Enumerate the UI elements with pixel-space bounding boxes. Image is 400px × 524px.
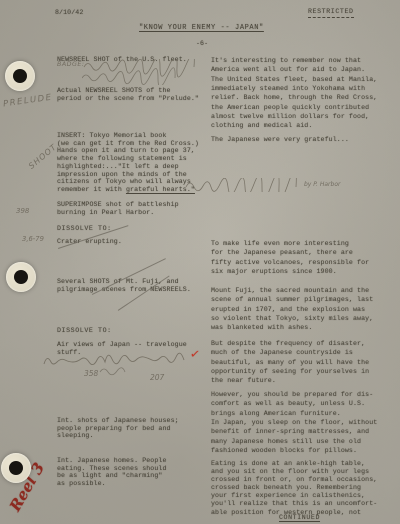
- pencil-scribble-top: [82, 59, 207, 85]
- pencil-number-36-79: 3,6-79: [22, 235, 44, 243]
- shot-houses-sleeping: Int. shots of Japanese houses; people pr…: [57, 417, 222, 440]
- pencil-note-pearl: by P. Harbor: [304, 181, 340, 188]
- continued-label: CONTINUED: [279, 514, 320, 521]
- shot-newsreel-prelude: Actual NEWSREEL SHOTS of the period or t…: [57, 87, 222, 102]
- shot-homes-eating: Int. Japanese homes. People eating. Thes…: [57, 457, 222, 488]
- narration-discomfort: However, you should be prepared for dis-…: [211, 390, 393, 418]
- narration-countryside: But despite the frequency of disaster, m…: [211, 339, 393, 386]
- pencil-number-398: 398: [16, 207, 29, 215]
- red-check-mark: ✓: [189, 346, 201, 361]
- punch-hole-top: [5, 61, 35, 91]
- narration-aid-to-japan: It's interesting to remember now that Am…: [211, 56, 393, 131]
- shot-superimpose-battleship: SUPERIMPOSE shot of battleship burning i…: [57, 201, 222, 216]
- punch-hole-bottom: [1, 453, 31, 483]
- pencil-number-207: 207: [150, 373, 164, 382]
- pencil-note-badge: BADGE:: [57, 61, 84, 68]
- punch-hole-middle: [6, 262, 36, 292]
- dissolve-transition-1: DISSOLVE TO:: [57, 225, 222, 233]
- date-stamp: 8/10/42: [55, 9, 83, 16]
- punch-hole-bottom-center: [9, 461, 23, 475]
- narration-eating: Eating is done at an ankle-high table, a…: [211, 460, 393, 517]
- narration-sleeping-floor: In Japan, you sleep on the floor, withou…: [211, 418, 393, 455]
- pencil-number-358: 358: [84, 369, 98, 378]
- pencil-scribble-airviews: [40, 350, 192, 380]
- narration-volcanoes: To make life even more interesting for t…: [211, 239, 393, 276]
- punch-hole-middle-center: [14, 270, 28, 284]
- tail-prefix: remember it with: [57, 186, 126, 193]
- narration-mount-fuji: Mount Fuji, the sacred mountain and the …: [211, 286, 393, 333]
- page-title: "KNOW YOUR ENEMY -- JAPAN": [139, 24, 264, 32]
- dissolve-transition-2: DISSOLVE TO:: [57, 327, 222, 335]
- pencil-scribble-pearl: [184, 178, 302, 192]
- punch-hole-top-center: [13, 69, 27, 83]
- shot-mt-fuji: Several SHOTS of Mt. Fuji, and pilgrimag…: [57, 278, 222, 293]
- narration-grateful: The Japanese were very grateful...: [211, 135, 393, 144]
- page-number: -6-: [196, 40, 208, 47]
- pencil-note-shoot: SHOOT: [27, 142, 59, 170]
- classification-stamp: RESTRICTED: [308, 8, 354, 18]
- pencil-note-prelude: PRELUDE: [3, 93, 54, 110]
